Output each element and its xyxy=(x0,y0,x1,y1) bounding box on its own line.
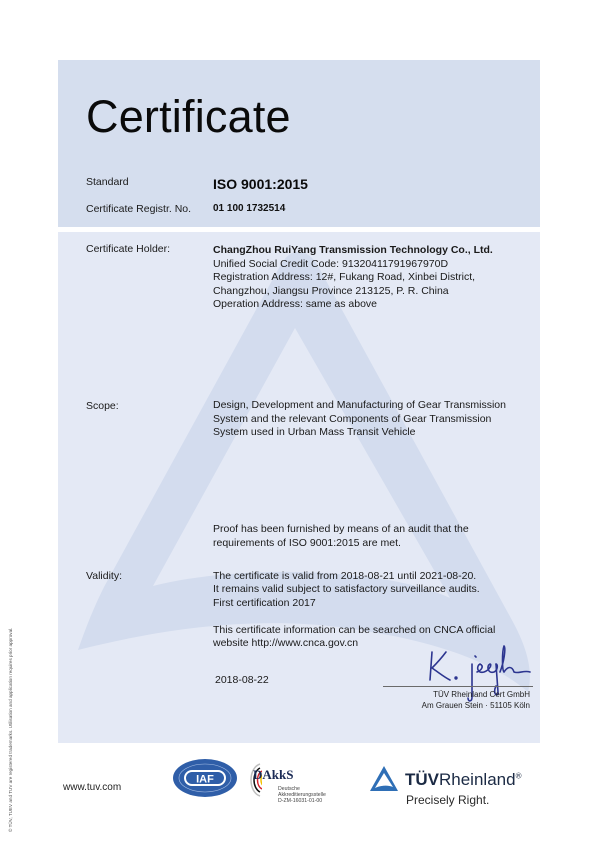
certificate-title: Certificate xyxy=(86,94,291,139)
holder-label: Certificate Holder: xyxy=(86,243,170,255)
issuer-name: TÜV Rheinland Cert GmbH xyxy=(380,689,530,700)
svg-text:IAF: IAF xyxy=(196,774,214,786)
tuv-slogan: Precisely Right. xyxy=(406,793,489,807)
registr-value: 01 100 1732514 xyxy=(213,203,285,214)
validity-line: First certification 2017 xyxy=(213,597,316,610)
cnca-website[interactable]: website http://www.cnca.gov.cn xyxy=(213,637,358,650)
issue-date: 2018-08-22 xyxy=(215,674,269,687)
footer-url-link[interactable]: www.tuv.com xyxy=(63,782,121,793)
scope-label: Scope: xyxy=(86,400,119,412)
holder-line: Unified Social Credit Code: 913204117919… xyxy=(213,258,448,271)
tuv-rheinland-brand: TÜVRheinland® xyxy=(405,770,521,790)
scope-line: System used in Urban Mass Transit Vehicl… xyxy=(213,426,416,439)
dakks-subtitle: Deutsche Akkreditierungsstelle D-ZM-1603… xyxy=(278,786,326,805)
dakks-title: DAkkS xyxy=(253,767,293,783)
proof-line: requirements of ISO 9001:2015 are met. xyxy=(213,537,401,550)
validity-line: The certificate is valid from 2018-08-21… xyxy=(213,570,476,583)
trademark-notice: © TÜV, TUEV and TUV are registered trade… xyxy=(8,628,13,832)
scope-line: System and the relevant Components of Ge… xyxy=(213,413,491,426)
cnca-line: This certificate information can be sear… xyxy=(213,624,495,637)
proof-line: Proof has been furnished by means of an … xyxy=(213,523,469,536)
issuer-block: TÜV Rheinland Cert GmbH Am Grauen Stein … xyxy=(380,689,530,711)
scope-line: Design, Development and Manufacturing of… xyxy=(213,399,506,412)
tuv-triangle-logo-icon xyxy=(368,764,400,794)
holder-line: Changzhou, Jiangsu Province 213125, P. R… xyxy=(213,285,449,298)
issuer-address: Am Grauen Stein · 51105 Köln xyxy=(380,700,530,711)
holder-line: Operation Address: same as above xyxy=(213,298,377,311)
iaf-logo-icon: IAF xyxy=(172,758,238,798)
validity-line: It remains valid subject to satisfactory… xyxy=(213,583,480,596)
holder-line: Registration Address: 12#, Fukang Road, … xyxy=(213,271,475,284)
validity-label: Validity: xyxy=(86,570,122,582)
header-panel xyxy=(58,60,540,227)
signature-line xyxy=(383,686,533,687)
standard-label: Standard xyxy=(86,176,129,188)
standard-value: ISO 9001:2015 xyxy=(213,176,308,192)
holder-name: ChangZhou RuiYang Transmission Technolog… xyxy=(213,244,493,257)
registr-label: Certificate Registr. No. xyxy=(86,203,191,215)
